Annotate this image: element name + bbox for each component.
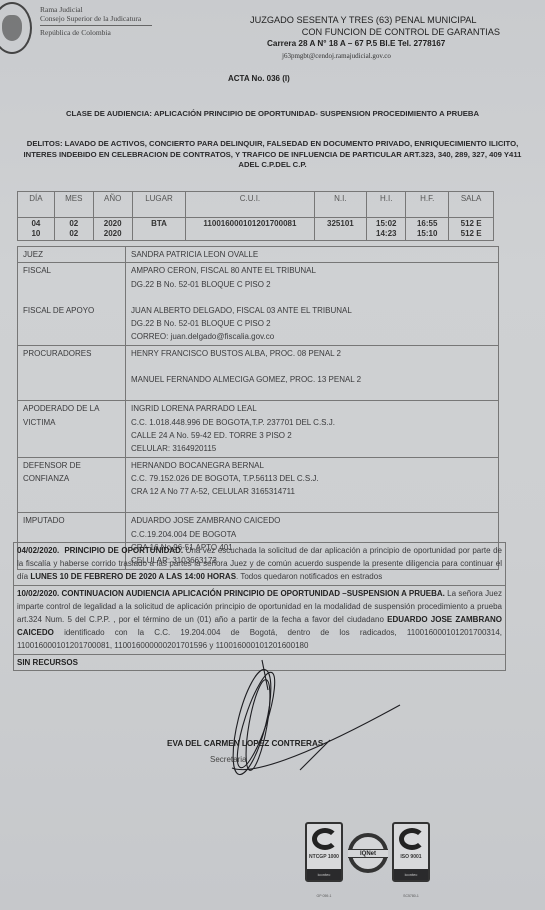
court-function: CON FUNCION DE CONTROL DE GARANTIAS (250, 26, 500, 38)
colombia-coat-of-arms-icon (0, 2, 32, 54)
party-details: INGRID LORENA PARRADO LEAL C.C. 1.018.44… (126, 401, 499, 457)
icontec-logo-icon (312, 828, 338, 850)
cell-hi: 15:0214:23 (367, 218, 406, 241)
party-label: PROCURADORES (18, 345, 126, 401)
cell-sala: 512 E512 E (449, 218, 494, 241)
party-details: HERNANDO BOCANEGRA BERNAL C.C. 79.152.02… (126, 457, 499, 513)
acta-number: ACTA No. 036 (I) (228, 74, 290, 83)
judicial-branch-logo: Rama Judicial Consejo Superior de la Jud… (40, 5, 152, 37)
col-hf: H.F. (406, 192, 449, 218)
session-row: 0410 0202 20202020 BTA 11001600010120170… (18, 218, 494, 241)
cell-cui: 110016000101201700081 (186, 218, 314, 241)
cert-code: GP 059-1 (304, 894, 344, 898)
cell-dia: 0410 (18, 218, 55, 241)
secretary-role: Secretaria (210, 755, 246, 764)
iso9001-certification-badge: ISO 9001 icontec (392, 822, 430, 882)
party-label: DEFENSOR DE CONFIANZA (18, 457, 126, 513)
minutes-entry-1: 04/02/2020. PRINCIPIO DE OPORTUNIDAD. Un… (14, 543, 505, 586)
cell-lugar: BTA (132, 218, 186, 241)
cell-hf: 16:5515:10 (406, 218, 449, 241)
cell-ni: 325101 (314, 218, 367, 241)
hearing-minutes: 04/02/2020. PRINCIPIO DE OPORTUNIDAD. Un… (13, 542, 506, 671)
appeals-status: SIN RECURSOS (14, 655, 505, 670)
party-label: JUEZ (18, 247, 126, 263)
court-header: JUZGADO SESENTA Y TRES (63) PENAL MUNICI… (250, 14, 500, 62)
court-name: JUZGADO SESENTA Y TRES (63) PENAL MUNICI… (250, 14, 500, 26)
col-lugar: LUGAR (132, 192, 186, 218)
party-details: HENRY FRANCISCO BUSTOS ALBA, PROC. 08 PE… (126, 345, 499, 401)
org-line-3: República de Colombia (40, 28, 152, 37)
crimes-list: DELITOS: LAVADO DE ACTIVOS, CONCIERTO PA… (20, 139, 525, 171)
col-mes: MES (54, 192, 93, 218)
hearing-type: CLASE DE AUDIENCIA: APLICACIÓN PRINCIPIO… (20, 109, 525, 119)
session-table: DÍA MES AÑO LUGAR C.U.I. N.I. H.I. H.F. … (17, 191, 494, 241)
col-ni: N.I. (314, 192, 367, 218)
org-line-2: Consejo Superior de la Judicatura (40, 14, 152, 26)
ntcgp-certification-badge: NTCGP 1000 icontec (305, 822, 343, 882)
parties-table: JUEZ SANDRA PATRICIA LEON OVALLE FISCAL … (17, 246, 499, 570)
col-ano: AÑO (93, 192, 132, 218)
party-row-procuradores: PROCURADORES HENRY FRANCISCO BUSTOS ALBA… (18, 345, 499, 401)
iqnet-certification-badge: IQNet (348, 833, 388, 873)
cell-ano: 20202020 (93, 218, 132, 241)
party-label: APODERADO DE LA VICTIMA (18, 401, 126, 457)
col-dia: DÍA (18, 192, 55, 218)
col-sala: SALA (449, 192, 494, 218)
party-details: SANDRA PATRICIA LEON OVALLE (126, 247, 499, 263)
session-header-row: DÍA MES AÑO LUGAR C.U.I. N.I. H.I. H.F. … (18, 192, 494, 218)
col-hi: H.I. (367, 192, 406, 218)
party-row-fiscal: FISCAL FISCAL DE APOYO AMPARO CERON, FIS… (18, 263, 499, 345)
court-address: Carrera 28 A N° 18 A – 67 P.5 Bl.E Tel. … (250, 38, 500, 50)
party-details: AMPARO CERON, FISCAL 80 ANTE EL TRIBUNAL… (126, 263, 499, 345)
party-row-juez: JUEZ SANDRA PATRICIA LEON OVALLE (18, 247, 499, 263)
party-row-apoderado: APODERADO DE LA VICTIMA INGRID LORENA PA… (18, 401, 499, 457)
col-cui: C.U.I. (186, 192, 314, 218)
org-line-1: Rama Judicial (40, 5, 152, 14)
minutes-entry-2: 10/02/2020. CONTINUACION AUDIENCIA APLIC… (14, 586, 505, 655)
party-row-defensor: DEFENSOR DE CONFIANZA HERNANDO BOCANEGRA… (18, 457, 499, 513)
court-record-page: Rama Judicial Consejo Superior de la Jud… (0, 0, 545, 910)
icontec-logo-icon (399, 828, 425, 850)
secretary-name: EVA DEL CARMEN LOPEZ CONTRERAS (167, 739, 323, 748)
cert-code: SC5780-1 (391, 894, 431, 898)
court-email: j63pmgbt@cendoj.ramajudicial.gov.co (250, 50, 500, 62)
party-label: FISCAL FISCAL DE APOYO (18, 263, 126, 345)
cell-mes: 0202 (54, 218, 93, 241)
